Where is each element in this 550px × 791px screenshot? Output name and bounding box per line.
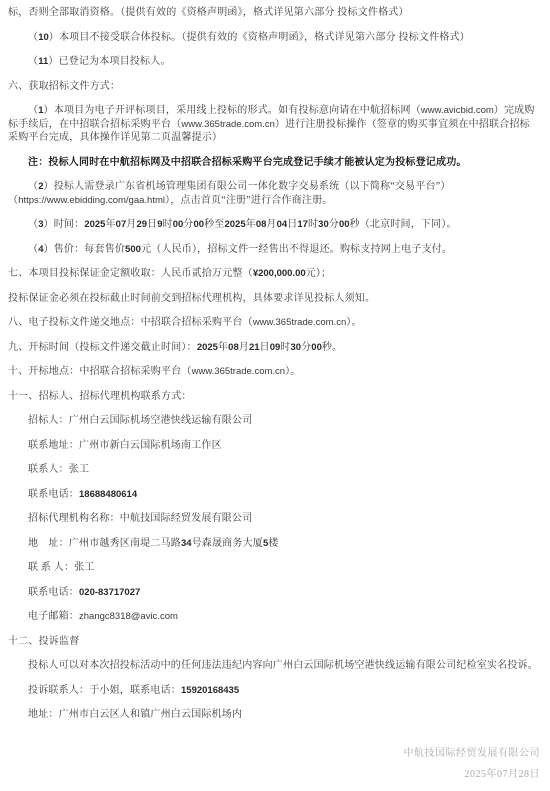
tenderer-contact: 联系人：张工: [8, 463, 538, 477]
item-6-2: （2）投标人需登录广东省机场管理集团有限公司一体化数字交易系统（以下简称“交易平…: [8, 180, 538, 207]
text-segment: 投诉联系人：于小姐，联系电话：: [28, 685, 181, 696]
text-segment: 联系地址：广州市新白云国际机场南工作区: [28, 440, 222, 451]
text-segment: 联系电话：: [28, 587, 79, 598]
text-segment: 时: [163, 219, 173, 230]
text-segment: 秒。: [322, 342, 342, 353]
text-segment: ）本项目不接受联合体投标。（提供有效的《资格声明函》，格式详见第六部分 投标文件…: [49, 32, 470, 43]
numeric-text: 30: [318, 219, 329, 230]
numeric-text: 2025: [84, 219, 105, 230]
item-6-4: （4）售价：每套售价500元（人民币），招标文件一经售出不得退还。购标支持网上电…: [8, 243, 538, 257]
text-segment: 年: [246, 219, 256, 230]
section-10: 十、开标地点：中招联合招标采购平台（www.365trade.com.cn）。: [8, 365, 538, 379]
text-segment: 十二、投诉监督: [8, 636, 79, 647]
text-segment: 年: [105, 219, 115, 230]
text-segment: 电子邮箱：: [28, 611, 79, 622]
text-segment: 年: [218, 342, 228, 353]
numeric-text: 00: [194, 219, 205, 230]
text-segment: ）本项目为电子开评标项目，采用线上投标的形式。如有投标意向请在中航招标网（: [44, 105, 421, 116]
text-segment: 标，否则全部取消资格。（提供有效的《资格声明函》，格式详见第六部分 投标文件格式…: [8, 7, 409, 18]
complaint-contact: 投诉联系人：于小姐，联系电话：15920168435: [8, 684, 538, 698]
text-segment: （: [8, 195, 18, 206]
tenderer-address: 联系地址：广州市新白云国际机场南工作区: [8, 439, 538, 453]
section-11: 十一、招标人、招标代理机构联系方式：: [8, 390, 538, 404]
item-11: （11）已登记为本项目投标人。: [8, 55, 538, 69]
complaint-text: 投标人可以对本次招投标活动中的任何违法违纪内容向广州白云国际机场空港快线运输有限…: [8, 659, 538, 673]
document-body: 标，否则全部取消资格。（提供有效的《资格声明函》，格式详见第六部分 投标文件格式…: [0, 0, 550, 722]
text-segment: （: [28, 181, 38, 192]
complaint-address: 地址：广州市白云区人和镇广州白云国际机场内: [8, 708, 538, 722]
text-segment: 九、开标时间（投标文件递交截止时间）：: [8, 342, 197, 353]
numeric-text: 500: [125, 244, 141, 255]
item-6-3: （3）时间：2025年07月29日9时00分00秒至2025年08月04日17时…: [8, 218, 538, 232]
text-segment: 楼: [268, 538, 278, 549]
text-segment: 地 址：广州市越秀区南堤二马路: [28, 538, 181, 549]
text-segment: 号森晟商务大厦: [192, 538, 263, 549]
complaint-phone-number: 15920168435: [181, 685, 239, 696]
text-segment: 联系人：张工: [28, 464, 89, 475]
numeric-text: 08: [228, 342, 239, 353]
agency-address: 地 址：广州市越秀区南堤二马路34号森晟商务大厦5楼: [8, 537, 538, 551]
text-segment: 日: [147, 219, 157, 230]
section-8: 八、电子投标文件递交地点：中招联合招标采购平台（www.365trade.com…: [8, 316, 538, 330]
section-12: 十二、投诉监督: [8, 635, 538, 649]
numeric-text: 29: [136, 219, 147, 230]
365trade-url: www.365trade.com.cn: [192, 366, 285, 377]
tenderer-phone-number: 18688480614: [79, 489, 137, 500]
text-segment: 月: [239, 342, 249, 353]
text-segment: 地址：广州市白云区人和镇广州白云国际机场内: [28, 709, 242, 720]
footer-date: 2025年07月28日: [404, 764, 541, 785]
text-segment: 元（人民币），招标文件一经售出不得退还。购标支持网上电子支付。: [141, 244, 452, 255]
text-segment: （: [28, 219, 38, 230]
text-segment: 招标代理机构名称：中航技国际经贸发展有限公司: [28, 513, 252, 524]
365trade-url: www.365trade.com.cn: [253, 317, 346, 328]
page-footer: 中航技国际经贸发展有限公司 2025年07月28日: [404, 743, 541, 785]
numeric-text: 30: [291, 342, 302, 353]
tenderer-name: 招标人：广州白云国际机场空港快线运输有限公司: [8, 414, 538, 428]
text-segment: 十、开标地点：中招联合招标采购平台（: [8, 366, 192, 377]
numeric-text: 2025: [224, 219, 245, 230]
text-segment: 秒至: [204, 219, 224, 230]
text-segment: 招标人：广州白云国际机场空港快线运输有限公司: [28, 415, 252, 426]
numeric-text: 2025: [197, 342, 218, 353]
numeric-text: 10: [38, 32, 49, 43]
text-segment: （: [28, 32, 38, 43]
agency-contact: 联 系 人：张工: [8, 561, 538, 575]
text-segment: ）已登记为本项目投标人。: [48, 56, 170, 67]
text-segment: 月: [266, 219, 276, 230]
text-segment: ），点击首页“注册”进行合作商注册。: [165, 195, 332, 206]
numeric-text: 08: [256, 219, 267, 230]
text-segment: 分: [301, 342, 311, 353]
numeric-text: 34: [181, 538, 192, 549]
text-segment: ）售价：每套售价: [44, 244, 126, 255]
numeric-text: 17: [297, 219, 308, 230]
document-page: { "page": { "background": "#ffffff", "te…: [0, 0, 550, 791]
item-6-1: （1）本项目为电子开评标项目，采用线上投标的形式。如有投标意向请在中航招标网（w…: [8, 104, 538, 145]
numeric-text: 11: [38, 56, 48, 67]
text-segment: 元）；: [306, 268, 332, 279]
text-segment: 联系电话：: [28, 489, 79, 500]
registration-note: 注：投标人同时在中航招标网及中招联合招标采购平台完成登记手续才能被认定为投标登记…: [8, 156, 538, 170]
text-segment: 八、电子投标文件递交地点：中招联合招标采购平台（: [8, 317, 253, 328]
avicbid-url: www.avicbid.com: [421, 105, 494, 116]
ebidding-url: https://www.ebidding.com/gaa.html: [18, 195, 165, 206]
footer-company-name: 中航技国际经贸发展有限公司: [404, 743, 541, 764]
item-10: （10）本项目不接受联合体投标。（提供有效的《资格声明函》，格式详见第六部分 投…: [8, 31, 538, 45]
numeric-text: 00: [173, 219, 184, 230]
text-segment: 分: [183, 219, 193, 230]
para-continuation: 标，否则全部取消资格。（提供有效的《资格声明函》，格式详见第六部分 投标文件格式…: [8, 6, 538, 20]
text-segment: （: [28, 105, 38, 116]
text-segment: ）。: [346, 317, 361, 328]
text-segment: 投标人可以对本次招投标活动中的任何违法违纪内容向广州白云国际机场空港快线运输有限…: [28, 660, 538, 671]
numeric-text: 00: [311, 342, 322, 353]
text-segment: 日: [287, 219, 297, 230]
text-segment: （: [28, 244, 38, 255]
agency-phone: 联系电话：020-83717027: [8, 586, 538, 600]
agency-email-address: zhangc8318@avic.com: [79, 611, 178, 622]
text-segment: ）时间：: [44, 219, 85, 230]
text-segment: 联 系 人：张工: [28, 562, 95, 573]
numeric-text: 00: [339, 219, 350, 230]
section-9: 九、开标时间（投标文件递交截止时间）：2025年08月21日09时30分00秒。: [8, 341, 538, 355]
section-6-heading: 六、获取招标文件方式：: [8, 80, 538, 94]
section-7: 七、本项目投标保证金定额收取：人民币贰拾万元整（¥200,000.00元）；: [8, 267, 538, 281]
deposit-amount: ¥200,000.00: [253, 268, 306, 279]
agency-phone-number: 020-83717027: [79, 587, 140, 598]
text-segment: 分: [329, 219, 339, 230]
agency-email: 电子邮箱：zhangc8318@avic.com: [8, 610, 538, 624]
text-segment: 时: [280, 342, 290, 353]
text-segment: 注：投标人同时在中航招标网及中招联合招标采购平台完成登记手续才能被认定为投标登记…: [28, 157, 467, 168]
text-segment: ）投标人需登录广东省机场管理集团有限公司一体化数字交易系统（以下简称“交易平台”…: [44, 181, 451, 192]
text-segment: 七、本项目投标保证金定额收取：人民币贰拾万元整（: [8, 268, 253, 279]
text-segment: 投标保证金必须在投标截止时间前交到招标代理机构，具体要求详见投标人须知。: [8, 293, 375, 304]
text-segment: 十一、招标人、招标代理机构联系方式：: [8, 391, 192, 402]
text-segment: （: [28, 56, 38, 67]
365trade-url: www.365trade.com.cn: [181, 119, 274, 130]
text-segment: 时: [308, 219, 318, 230]
numeric-text: 09: [270, 342, 281, 353]
agency-name: 招标代理机构名称：中航技国际经贸发展有限公司: [8, 512, 538, 526]
text-segment: 六、获取招标文件方式：: [8, 81, 120, 92]
numeric-text: 07: [116, 219, 127, 230]
tenderer-phone: 联系电话：18688480614: [8, 488, 538, 502]
text-segment: 日: [260, 342, 270, 353]
text-segment: 月: [126, 219, 136, 230]
numeric-text: 04: [277, 219, 288, 230]
deposit-requirement: 投标保证金必须在投标截止时间前交到招标代理机构，具体要求详见投标人须知。: [8, 292, 538, 306]
text-segment: ）。: [285, 366, 300, 377]
text-segment: 秒（北京时间，下同）。: [350, 219, 457, 230]
numeric-text: 21: [249, 342, 260, 353]
